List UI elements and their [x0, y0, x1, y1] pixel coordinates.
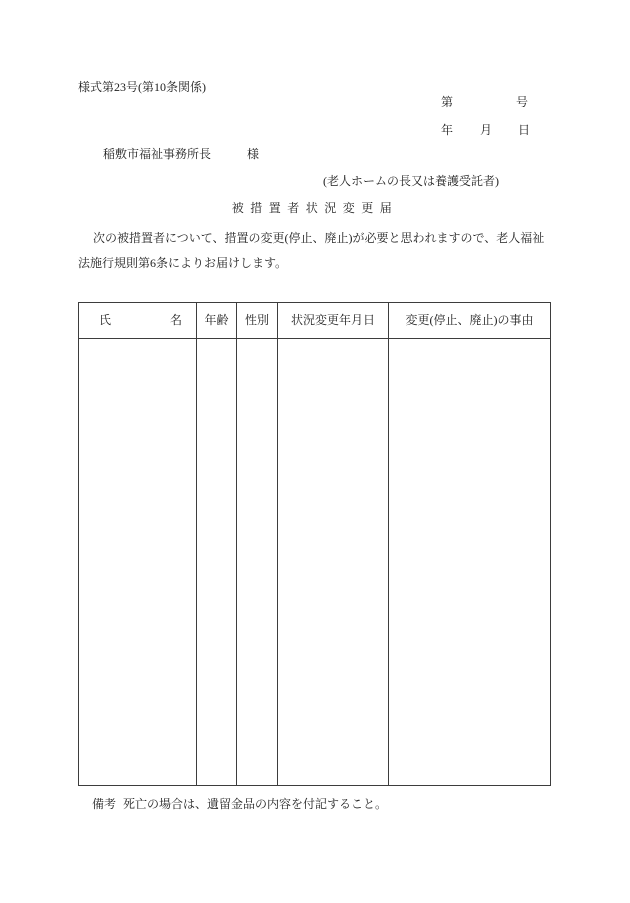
cell-reason — [389, 339, 551, 786]
status-change-table: 氏 名 年齢 性別 状況変更年月日 変更(停止、廃止)の事由 — [78, 302, 551, 786]
col-header-change-date: 状況変更年月日 — [278, 303, 389, 339]
date-day-label: 日 — [518, 123, 530, 138]
addressee-honorific: 様 — [247, 147, 259, 162]
document-page: 様式第23号(第10条関係) 第 号 年 月 日 稲敷市福祉事務所長 様 (老人… — [0, 0, 630, 903]
form-number: 様式第23号(第10条関係) — [78, 80, 206, 95]
body-line-2: 法施行規則第6条によりお届けします。 — [78, 256, 287, 271]
date-year-label: 年 — [441, 123, 453, 138]
doc-number-suffix: 号 — [516, 95, 528, 110]
body-line-1: 次の被措置者について、措置の変更(停止、廃止)が必要と思われますので、老人福祉 — [93, 231, 544, 246]
document-title: 被措置者状況変更届 — [0, 201, 630, 216]
doc-number-prefix: 第 — [441, 95, 453, 110]
table-header-row: 氏 名 年齢 性別 状況変更年月日 変更(停止、廃止)の事由 — [79, 303, 551, 339]
col-header-name: 氏 名 — [79, 303, 197, 339]
cell-change-date — [278, 339, 389, 786]
remarks-label: 備考 — [92, 797, 116, 812]
col-header-name-right: 名 — [170, 313, 182, 328]
col-header-reason: 変更(停止、廃止)の事由 — [389, 303, 551, 339]
col-header-sex: 性別 — [237, 303, 278, 339]
cell-name — [79, 339, 197, 786]
cell-age — [197, 339, 237, 786]
remarks-text: 死亡の場合は、遺留金品の内容を付記すること。 — [123, 797, 387, 812]
col-header-name-left: 氏 — [99, 313, 111, 328]
cell-sex — [237, 339, 278, 786]
sender-role-note: (老人ホームの長又は養護受託者) — [323, 174, 499, 189]
addressee: 稲敷市福祉事務所長 — [103, 147, 211, 162]
date-month-label: 月 — [480, 123, 492, 138]
table-empty-row — [79, 339, 551, 786]
col-header-age: 年齢 — [197, 303, 237, 339]
